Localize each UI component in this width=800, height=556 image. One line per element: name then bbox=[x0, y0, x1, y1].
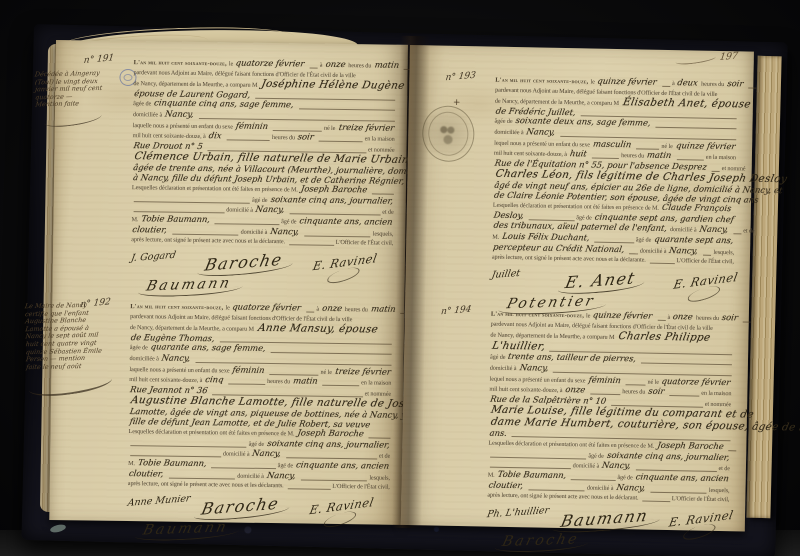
act-text: Joseph Baroche bbox=[300, 185, 368, 195]
act-text: Charles Philippe bbox=[617, 331, 711, 344]
act-text: onze bbox=[325, 60, 346, 70]
act-text: à bbox=[320, 61, 323, 71]
act-text: Nancy, bbox=[255, 205, 285, 215]
round-seal-stamp-icon bbox=[419, 103, 477, 165]
act-text: domicilié à bbox=[241, 227, 268, 237]
act-text: L'Officier de l'État civil, bbox=[672, 494, 730, 505]
act-text: âgée de bbox=[133, 99, 151, 109]
act-text: treize février bbox=[334, 366, 391, 376]
ruled-blank bbox=[310, 67, 318, 69]
signature: Baroche bbox=[203, 249, 285, 274]
act-text: lesquels, bbox=[709, 485, 730, 495]
act-text: matin bbox=[370, 304, 396, 314]
act-text: ans. bbox=[489, 428, 508, 438]
act-text: Nancy, bbox=[616, 483, 646, 493]
signature: E. Anet bbox=[564, 268, 638, 292]
act-text: heures du bbox=[348, 61, 371, 71]
act-text: cinquante ans, ancien bbox=[635, 472, 730, 483]
act-number: n° 191 bbox=[83, 53, 114, 66]
act-text: heures du bbox=[696, 314, 719, 324]
act-text: quinze février bbox=[675, 141, 736, 152]
act-text: cinq bbox=[205, 375, 225, 385]
act-text: heures du bbox=[622, 387, 645, 397]
plus-mark: + bbox=[453, 98, 461, 108]
signature: Baroche bbox=[501, 531, 581, 550]
act-text: L'Officier de l'État civil, bbox=[332, 482, 390, 492]
act-text: cloutier, bbox=[132, 225, 168, 235]
act-text: quinze février bbox=[593, 311, 654, 322]
act-text: âgé de bbox=[636, 235, 652, 245]
act-text: âgée de bbox=[494, 117, 512, 127]
act-block-192: n° 192L'an mil huit cent soixante-douze,… bbox=[127, 301, 394, 549]
act-text: deux bbox=[677, 78, 699, 88]
signatures-row: J. GogardBarocheBaumannE. Ravinel bbox=[130, 248, 395, 306]
act-text: heures du bbox=[272, 133, 295, 143]
act-text: Anne Mansuy, épouse bbox=[257, 323, 379, 336]
act-text: heures du bbox=[267, 377, 290, 387]
signature: Ph. L'huillier bbox=[486, 505, 550, 520]
ruled-blank bbox=[629, 252, 637, 254]
signature: E. Ravinel bbox=[668, 507, 735, 529]
right-page: 197 + n° 193L'an mil huit cent soixante-… bbox=[401, 45, 754, 532]
act-text: domicilié à bbox=[640, 246, 667, 256]
act-text: le bbox=[586, 311, 590, 321]
act-text: cinquante ans, ancien bbox=[299, 216, 393, 227]
ruled-blank bbox=[172, 232, 239, 235]
act-text: Nancy, bbox=[161, 353, 191, 363]
ruled-blank bbox=[658, 319, 666, 321]
act-text: soir bbox=[647, 387, 665, 397]
act-text: soir bbox=[297, 133, 315, 143]
act-text: dix bbox=[208, 131, 222, 141]
margin-signature-squiggle bbox=[43, 108, 102, 129]
act-text: domiciliée à bbox=[133, 110, 162, 120]
act-block-193: n° 193L'an mil huit cent soixante-douze,… bbox=[491, 75, 740, 324]
act-text: matin bbox=[646, 151, 672, 161]
act-text: soixante cinq ans, journalier, bbox=[270, 195, 394, 206]
folio-number: 197 bbox=[675, 51, 739, 66]
act-text: Nancy, bbox=[252, 449, 282, 459]
act-text: percepteur au Crédit National, bbox=[492, 242, 625, 254]
act-text: Nancy, bbox=[601, 461, 631, 471]
act-text: féminin bbox=[235, 121, 269, 131]
act-text: Joseph Baroche bbox=[297, 429, 365, 439]
act-text: soir bbox=[726, 79, 744, 89]
signature: Baumann bbox=[145, 275, 234, 294]
act-text: Nancy, bbox=[699, 225, 729, 235]
signature: E. Ravinel bbox=[308, 494, 375, 517]
signatures-row: Anne MunierBarocheBaumannE. Ravinel bbox=[127, 492, 392, 550]
act-text: cloutier, bbox=[128, 469, 164, 479]
act-text: à bbox=[667, 313, 670, 323]
ruled-blank bbox=[226, 139, 270, 142]
act-block-191: n° 191L'an mil huit cent soixante-douze,… bbox=[130, 57, 397, 305]
act-text: domicilié à bbox=[490, 364, 517, 374]
act-text: âgée de bbox=[130, 343, 148, 353]
act-text: domicilié à bbox=[223, 450, 250, 460]
act-text: quatorze février bbox=[232, 303, 302, 314]
act-text: onze bbox=[321, 304, 342, 314]
act-text: Nancy, bbox=[270, 227, 300, 237]
signature: Baumann bbox=[141, 519, 230, 538]
signature: Anne Munier bbox=[127, 493, 192, 509]
signature: J. Gogard bbox=[130, 249, 177, 263]
signatures-row: Ph. L'huillierBaumannBarocheE. Ravinel bbox=[486, 503, 731, 556]
ruled-blank bbox=[748, 87, 756, 89]
act-text: quatorze février bbox=[661, 376, 731, 387]
act-text: matin bbox=[292, 377, 318, 387]
signature: E. Ravinel bbox=[672, 269, 739, 291]
act-text: cloutier, bbox=[488, 480, 524, 490]
act-text: en la maison bbox=[701, 389, 731, 399]
signature: Baroche bbox=[200, 493, 282, 518]
act-block-194: n° 194L'an mil huit cent soixante-douze,… bbox=[486, 309, 735, 556]
act-text: en la maison bbox=[365, 134, 395, 144]
act-text: domicilié à bbox=[237, 471, 264, 481]
act-text: le bbox=[229, 59, 233, 69]
act-text: heures du bbox=[701, 80, 724, 90]
act-text: matin bbox=[373, 60, 399, 70]
act-text: L'Officier de l'État civil, bbox=[336, 238, 394, 248]
act-text: féminin bbox=[232, 365, 266, 375]
act-text: treize février bbox=[338, 123, 395, 133]
act-text: Nancy, bbox=[164, 110, 194, 120]
act-text: domicilié à bbox=[573, 462, 600, 472]
ruled-blank bbox=[304, 234, 371, 237]
act-text: en la maison bbox=[361, 378, 391, 388]
ruled-blank bbox=[215, 222, 279, 225]
act-text: après lecture, ont signé le présent acte… bbox=[131, 235, 285, 247]
act-text: féminin bbox=[588, 375, 622, 385]
act-text: Nancy, bbox=[526, 127, 556, 137]
ruled-blank bbox=[228, 383, 265, 386]
act-text: après lecture, ont signé le présent acte… bbox=[128, 479, 284, 491]
act-text: onze bbox=[672, 312, 693, 322]
act-text: lesquels, bbox=[373, 229, 394, 239]
ruled-blank bbox=[662, 85, 670, 87]
act-text: lesquels, bbox=[369, 473, 390, 483]
ruled-blank bbox=[571, 478, 615, 481]
ruled-blank bbox=[306, 311, 314, 313]
act-text: âgé de bbox=[588, 451, 604, 461]
ruled-blank bbox=[288, 487, 331, 490]
act-text: né le bbox=[320, 367, 331, 377]
margin-note-death-mention: Décédée à Aingeray(Toul) le vingt deuxja… bbox=[35, 69, 128, 126]
ruled-blank bbox=[168, 476, 235, 479]
ruled-blank bbox=[669, 394, 699, 397]
act-text: huit bbox=[569, 149, 587, 159]
ruled-blank bbox=[322, 384, 359, 387]
ruled-blank bbox=[650, 490, 707, 493]
signature: E. Ravinel bbox=[312, 250, 379, 273]
act-text: domiciliée à bbox=[129, 354, 158, 364]
act-text: à bbox=[672, 79, 675, 89]
ruled-blank bbox=[650, 262, 675, 264]
act-text: le bbox=[590, 77, 594, 87]
act-number: n° 193 bbox=[445, 71, 476, 84]
act-text: en la maison bbox=[706, 153, 736, 163]
act-text: soir bbox=[721, 313, 739, 323]
act-text: Tobie Baumann, bbox=[497, 470, 567, 481]
signature: Juillet bbox=[491, 268, 521, 281]
ruled-blank bbox=[319, 140, 363, 143]
act-text: Nancy, bbox=[266, 470, 296, 480]
margin-note-marriage-mention: Le Maire de Nancycertifie que l'enfantAu… bbox=[25, 301, 119, 395]
act-text: lesquels, bbox=[713, 247, 734, 257]
act-text: et de bbox=[743, 227, 755, 237]
act-number: n° 194 bbox=[440, 305, 471, 318]
act-text: quinze février bbox=[597, 77, 658, 88]
ruled-blank bbox=[289, 243, 334, 246]
act-text: Nancy, bbox=[519, 363, 549, 373]
act-text: à bbox=[316, 305, 319, 315]
act-text: Joséphine Hélène Dugène bbox=[260, 79, 405, 93]
act-text: cinquante ans, ancien bbox=[295, 460, 389, 471]
margin-note-line: Mention faite bbox=[35, 100, 128, 110]
ruled-blank bbox=[211, 466, 275, 469]
ruled-blank bbox=[703, 253, 711, 255]
act-text: soixante cinq ans, journalier, bbox=[266, 439, 390, 450]
act-text: âgé de bbox=[490, 353, 506, 363]
ruled-blank bbox=[625, 383, 645, 385]
act-text: Tobie Baumann, bbox=[137, 458, 207, 469]
act-text: le bbox=[225, 303, 229, 313]
act-text: domicilié à bbox=[587, 483, 614, 493]
act-text: L'Officier de l'État civil, bbox=[676, 256, 734, 267]
act-text: Nancy, bbox=[669, 246, 699, 256]
act-text: né le bbox=[324, 123, 335, 133]
act-text: quatorze février bbox=[235, 59, 305, 70]
act-text: quarante sept ans, bbox=[653, 235, 734, 246]
act-text: domicilié à bbox=[226, 206, 253, 216]
act-text: heures du bbox=[345, 305, 368, 315]
ruled-blank bbox=[743, 321, 751, 323]
ruled-blank bbox=[528, 488, 585, 491]
register-photograph: Décédée à Aingeray(Toul) le vingt deuxja… bbox=[0, 0, 800, 556]
act-text: Tobie Baumann, bbox=[141, 214, 211, 225]
ruled-blank bbox=[642, 500, 669, 503]
act-text: domiciliée à bbox=[494, 128, 523, 138]
margin-note-line: faite le neuf août bbox=[26, 362, 119, 372]
ruled-blank bbox=[301, 478, 368, 481]
act-text: onze bbox=[565, 385, 586, 395]
act-text: masculin bbox=[592, 139, 632, 149]
signature: Baumann bbox=[559, 505, 650, 530]
left-page: Décédée à Aingeray(Toul) le vingt deuxja… bbox=[49, 40, 408, 525]
